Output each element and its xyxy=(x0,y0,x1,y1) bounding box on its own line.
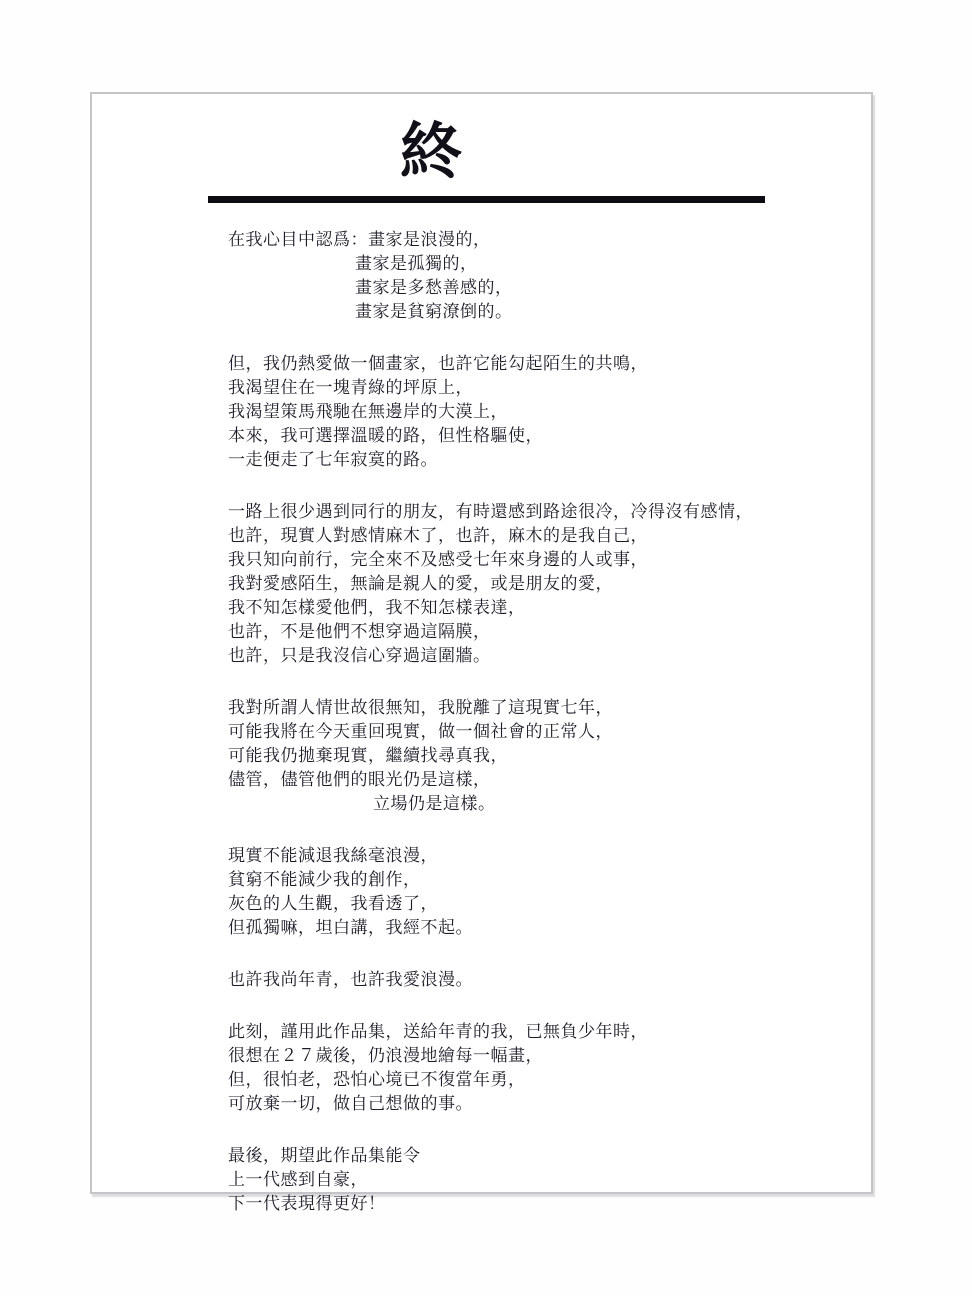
text-line: 也許，現實人對感情麻木了，也許，麻木的是我自己， xyxy=(228,524,788,548)
paragraph: 一路上很少遇到同行的朋友，有時還感到路途很冷，冷得沒有感情，也許，現實人對感情麻… xyxy=(228,500,788,668)
text-line: 一走便走了七年寂寞的路。 xyxy=(228,448,788,472)
text-line: 一路上很少遇到同行的朋友，有時還感到路途很冷，冷得沒有感情， xyxy=(228,500,788,524)
text-line: 我只知向前行，完全來不及感受七年來身邊的人或事， xyxy=(228,548,788,572)
text-line: 此刻，謹用此作品集，送給年青的我，已無負少年時， xyxy=(228,1020,788,1044)
text-line: 可放棄一切，做自己想做的事。 xyxy=(228,1092,788,1116)
document-page: 終 在我心目中認爲：畫家是浪漫的，畫家是孤獨的，畫家是多愁善感的，畫家是貧窮潦倒… xyxy=(90,92,873,1194)
paragraph: 最後，期望此作品集能令上一代感到自豪，下一代表現得更好！ xyxy=(228,1144,788,1216)
text-line: 我渴望策馬飛馳在無邊岸的大漠上， xyxy=(228,400,788,424)
paragraph: 現實不能減退我絲毫浪漫，貧窮不能減少我的創作，灰色的人生觀，我看透了，但孤獨嘛，… xyxy=(228,844,788,940)
text-line: 但，我仍熱愛做一個畫家，也許它能勾起陌生的共鳴， xyxy=(228,352,788,376)
text-line: 畫家是多愁善感的， xyxy=(228,276,788,300)
text-line: 我渴望住在一塊青綠的坪原上， xyxy=(228,376,788,400)
body-text: 在我心目中認爲：畫家是浪漫的，畫家是孤獨的，畫家是多愁善感的，畫家是貧窮潦倒的。… xyxy=(228,228,788,1216)
text-line: 在我心目中認爲：畫家是浪漫的， xyxy=(228,228,788,252)
paragraph: 我對所謂人情世故很無知，我脫離了這現實七年，可能我將在今天重回現實，做一個社會的… xyxy=(228,696,788,816)
text-line: 我對愛感陌生，無論是親人的愛，或是朋友的愛， xyxy=(228,572,788,596)
paragraph: 在我心目中認爲：畫家是浪漫的，畫家是孤獨的，畫家是多愁善感的，畫家是貧窮潦倒的。 xyxy=(228,228,788,324)
text-line: 可能我將在今天重回現實，做一個社會的正常人， xyxy=(228,720,788,744)
text-line: 也許，不是他們不想穿過這隔膜， xyxy=(228,620,788,644)
text-line: 下一代表現得更好！ xyxy=(228,1192,788,1216)
text-line: 本來，我可選擇溫暖的路，但性格驅使， xyxy=(228,424,788,448)
text-line: 很想在２７歲後，仍浪漫地繪每一幅畫， xyxy=(228,1044,788,1068)
text-line: 上一代感到自豪， xyxy=(228,1168,788,1192)
text-line: 畫家是貧窮潦倒的。 xyxy=(228,300,788,324)
paragraph: 但，我仍熱愛做一個畫家，也許它能勾起陌生的共鳴，我渴望住在一塊青綠的坪原上，我渴… xyxy=(228,352,788,472)
text-line: 也許，只是我沒信心穿過這圍牆。 xyxy=(228,644,788,668)
text-line: 儘管，儘管他們的眼光仍是這樣， xyxy=(228,768,788,792)
text-line: 我對所謂人情世故很無知，我脫離了這現實七年， xyxy=(228,696,788,720)
text-line: 立場仍是這樣。 xyxy=(228,792,788,816)
text-line: 我不知怎樣愛他們，我不知怎樣表達， xyxy=(228,596,788,620)
text-line: 但孤獨嘛，坦白講，我經不起。 xyxy=(228,916,788,940)
text-line: 灰色的人生觀，我看透了， xyxy=(228,892,788,916)
text-line: 也許我尚年青，也許我愛浪漫。 xyxy=(228,968,788,992)
text-line: 但，很怕老，恐怕心境已不復當年勇， xyxy=(228,1068,788,1092)
text-line: 可能我仍拋棄現實，繼續找尋真我， xyxy=(228,744,788,768)
paragraph: 也許我尚年青，也許我愛浪漫。 xyxy=(228,968,788,992)
text-line: 現實不能減退我絲毫浪漫， xyxy=(228,844,788,868)
page-title: 終 xyxy=(400,120,462,186)
title-divider-rule xyxy=(208,196,765,203)
text-line: 最後，期望此作品集能令 xyxy=(228,1144,788,1168)
text-line: 貧窮不能減少我的創作， xyxy=(228,868,788,892)
text-line: 畫家是孤獨的， xyxy=(228,252,788,276)
paragraph: 此刻，謹用此作品集，送給年青的我，已無負少年時，很想在２７歲後，仍浪漫地繪每一幅… xyxy=(228,1020,788,1116)
